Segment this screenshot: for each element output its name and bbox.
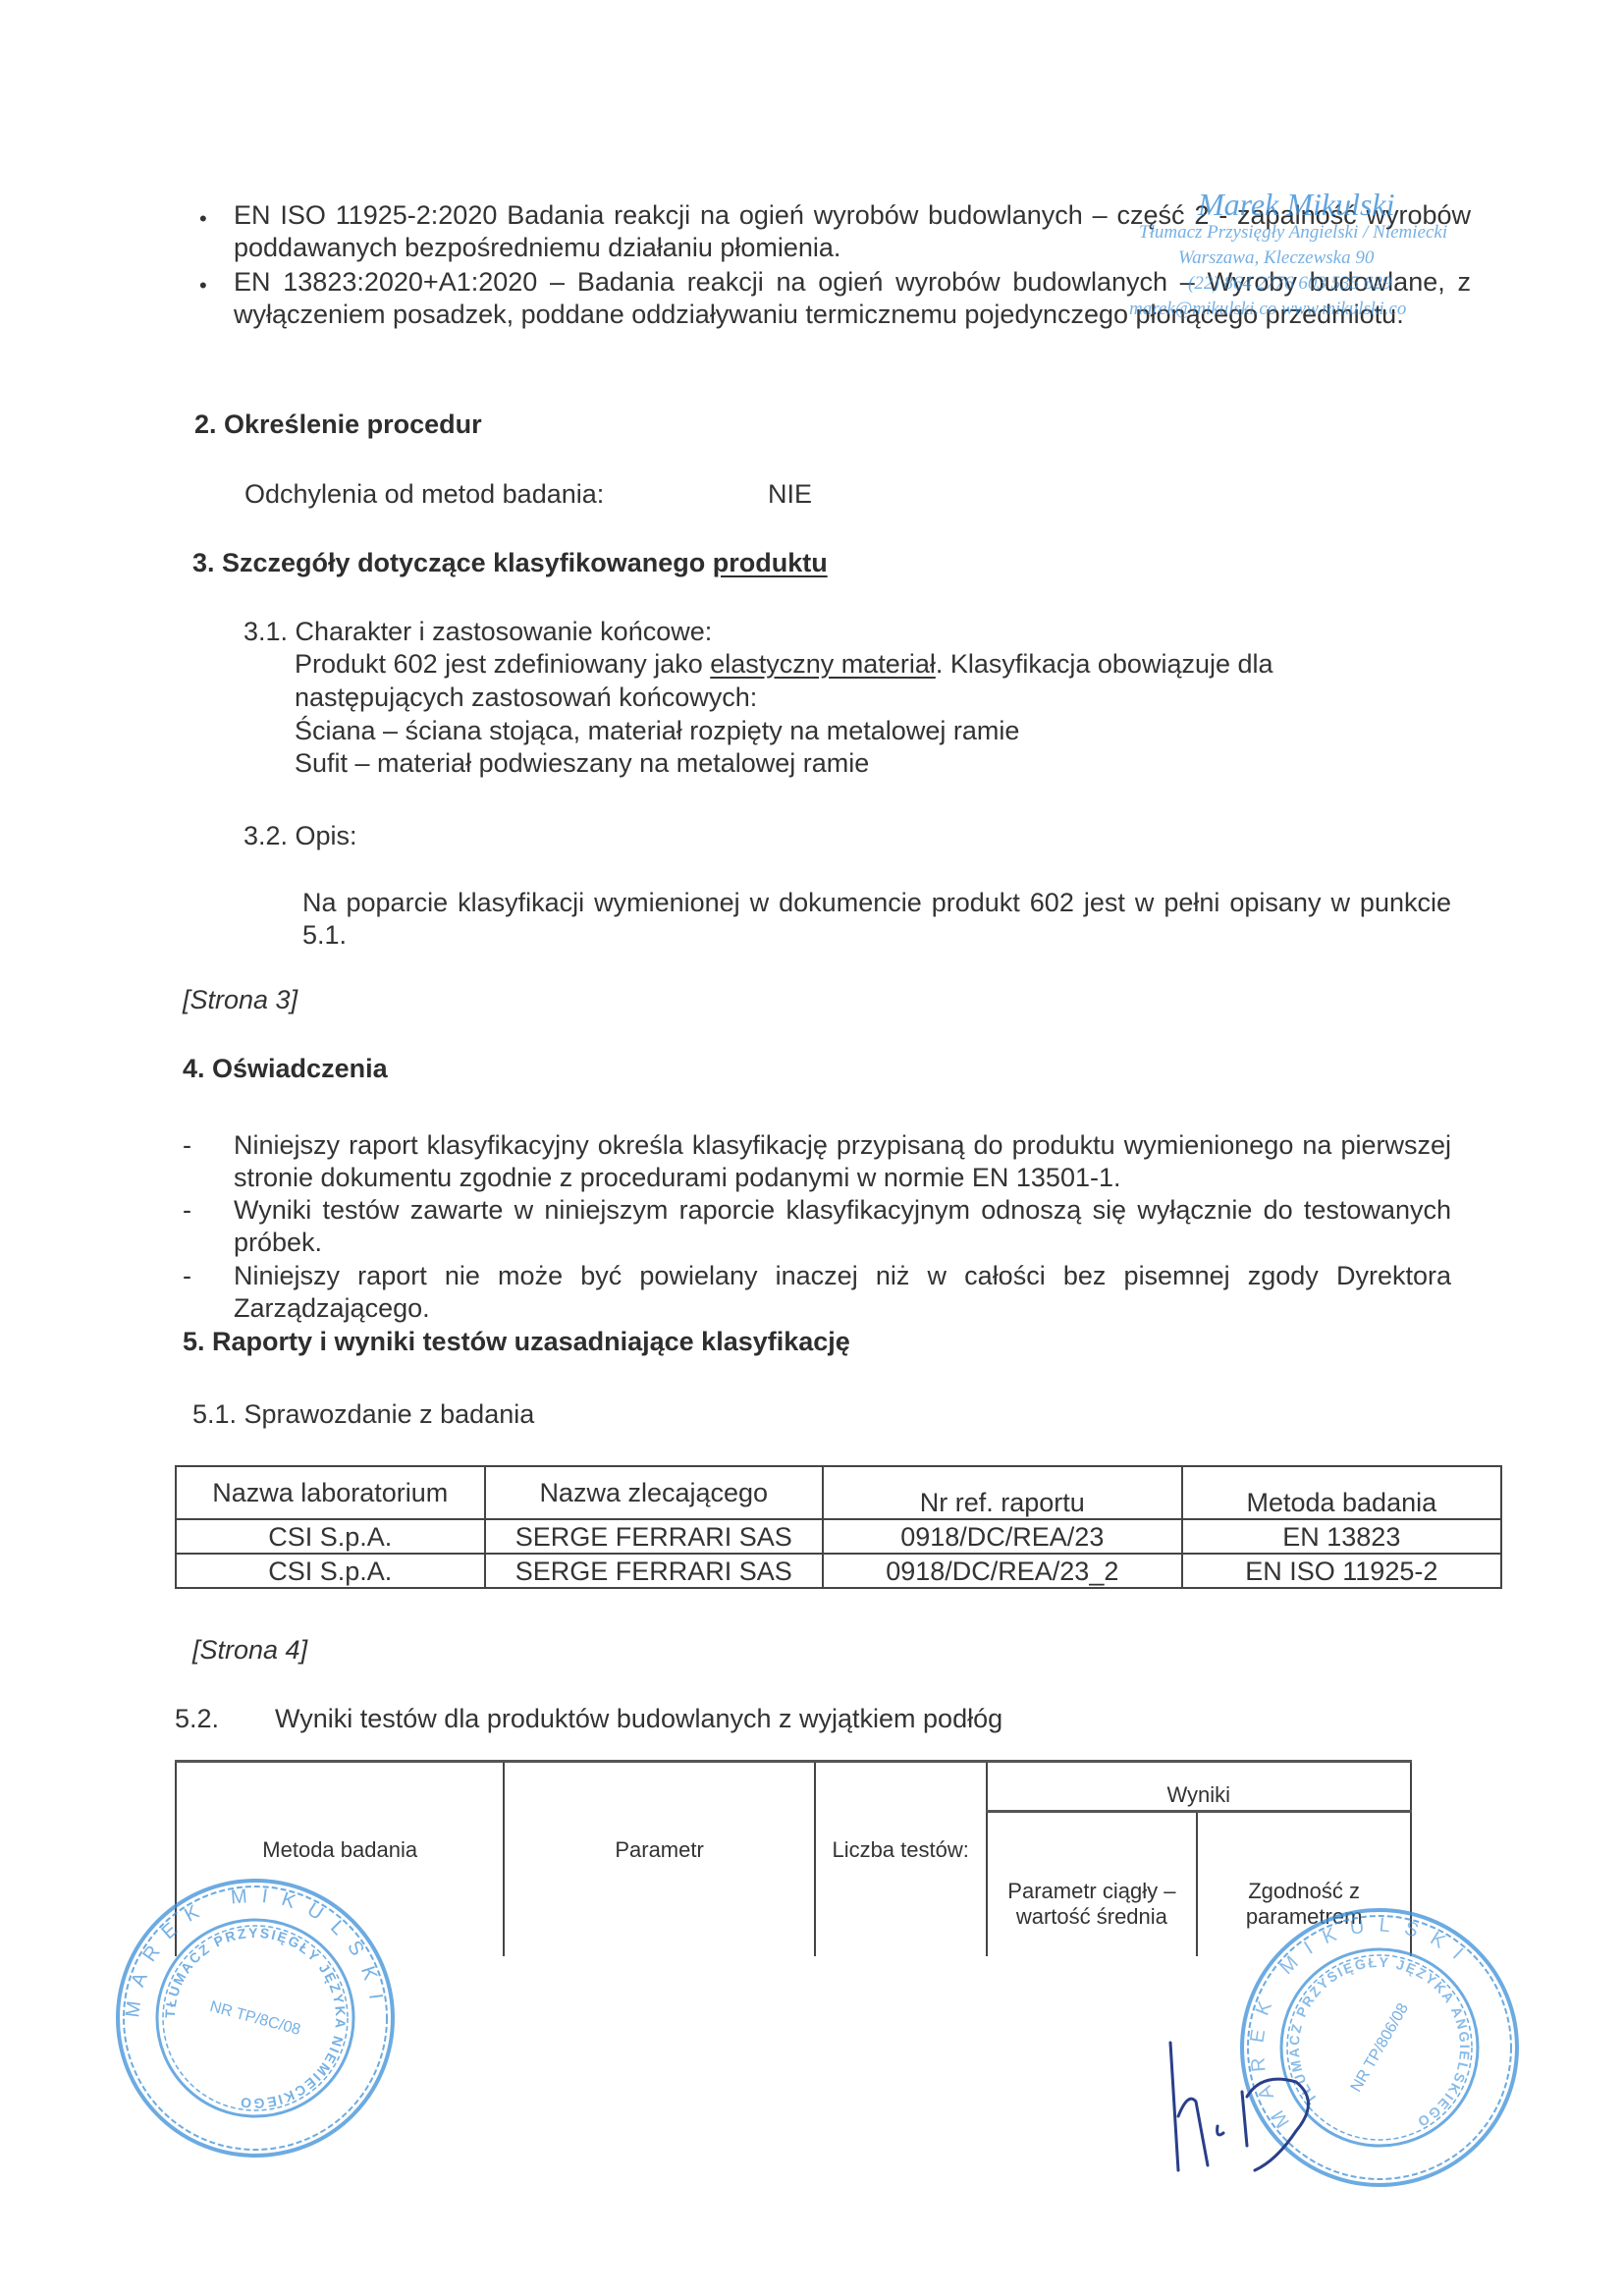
product-definition-text: Produkt 602 jest zdefiniowany jako: [295, 649, 710, 679]
section-4-heading: 4. Oświadczenia: [183, 1053, 388, 1085]
table-row: CSI S.p.A. SERGE FERRARI SAS 0918/DC/REA…: [176, 1554, 1501, 1588]
bullet-icon: •: [199, 202, 207, 235]
translator-seal-left: MAREK MIKULSKI TŁUMACZ PRZYSIĘGŁY JĘZYKA…: [108, 1871, 403, 2165]
translator-stamp-name: Marek Mikulski: [1198, 187, 1395, 223]
subsection-5-2-number: 5.2.: [175, 1703, 219, 1735]
seal-left-center-text: NR TP/8C/08: [208, 1998, 302, 2039]
subsection-3-1-line1: Produkt 602 jest zdefiniowany jako elast…: [295, 648, 1273, 681]
section-2-heading: 2. Określenie procedur: [194, 409, 482, 441]
section-3-heading-underlined: produktu: [713, 548, 828, 577]
dash-icon: -: [183, 1129, 191, 1162]
statement-item: Niniejszy raport nie może być powielany …: [234, 1260, 1451, 1325]
cell-report-ref: 0918/DC/REA/23_2: [823, 1554, 1182, 1588]
cell-method: EN 13823: [1182, 1519, 1501, 1554]
header-test-count: Liczba testów:: [815, 1762, 987, 1957]
cell-report-ref: 0918/DC/REA/23: [823, 1519, 1182, 1554]
end-use-wall: Ściana – ściana stojąca, materiał rozpię…: [295, 715, 1019, 747]
svg-text:MAREK MIKULSKI: MAREK MIKULSKI: [122, 1885, 388, 2018]
table-row: CSI S.p.A. SERGE FERRARI SAS 0918/DC/REA…: [176, 1519, 1501, 1554]
cell-sponsor: SERGE FERRARI SAS: [485, 1519, 823, 1554]
cell-lab: CSI S.p.A.: [176, 1519, 485, 1554]
statement-item: Niniejszy raport klasyfikacyjny określa …: [234, 1129, 1451, 1194]
section-5-heading: 5. Raporty i wyniki testów uzasadniające…: [183, 1326, 850, 1358]
section-3-heading: 3. Szczegóły dotyczące klasyfikowanego p…: [192, 547, 828, 579]
cell-sponsor: SERGE FERRARI SAS: [485, 1554, 823, 1588]
subsection-3-1-title: 3.1. Charakter i zastosowanie końcowe:: [244, 616, 712, 648]
header-continuous-mean: Parametr ciągły – wartość średnia: [987, 1812, 1198, 1957]
bullet-icon: •: [199, 269, 207, 301]
end-use-ceiling: Sufit – materiał podwieszany na metalowe…: [295, 747, 869, 780]
subsection-3-2-text: Na poparcie klasyfikacji wymienionej w d…: [302, 887, 1451, 952]
header-results-group: Wyniki: [987, 1762, 1411, 1812]
header-report-ref: Nr ref. raportu: [823, 1466, 1182, 1519]
header-test-method: Metoda badania: [1182, 1466, 1501, 1519]
section-3-heading-text: 3. Szczegóły dotyczące klasyfikowanego: [192, 548, 713, 577]
subsection-5-1-title: 5.1. Sprawozdanie z badania: [192, 1398, 534, 1431]
seal-left-outer-text: MAREK MIKULSKI: [122, 1885, 388, 2018]
subsection-3-2-title: 3.2. Opis:: [244, 820, 357, 852]
results-header-row: Metoda badania Parametr Liczba testów: W…: [176, 1762, 1411, 1812]
cell-lab: CSI S.p.A.: [176, 1554, 485, 1588]
dash-icon: -: [183, 1260, 191, 1292]
seal-right-center-text: NR TP/806/08: [1348, 2000, 1412, 2095]
translator-stamp-line4: marek@mikulski.co www.mikulski.co: [1129, 299, 1406, 320]
test-report-table: Nazwa laboratorium Nazwa zlecającego Nr …: [175, 1465, 1502, 1589]
page-marker-3: [Strona 3]: [183, 984, 298, 1016]
header-parameter: Parametr: [504, 1762, 814, 1957]
translator-stamp-line2: Warszawa, Kleczewska 90: [1178, 247, 1374, 269]
subsection-3-1-line2: następujących zastosowań końcowych:: [295, 682, 757, 714]
table-header-row: Nazwa laboratorium Nazwa zlecającego Nr …: [176, 1466, 1501, 1519]
statement-item: Wyniki testów zawarte w niniejszym rapor…: [234, 1194, 1451, 1259]
translator-stamp-line1: Tłumacz Przysięgły Angielski / Niemiecki: [1139, 222, 1447, 244]
header-sponsor-name: Nazwa zlecającego: [485, 1466, 823, 1519]
page-marker-4: [Strona 4]: [192, 1634, 307, 1667]
cell-method: EN ISO 11925-2: [1182, 1554, 1501, 1588]
dash-icon: -: [183, 1194, 191, 1227]
translator-stamp-line3: (22) 864 2776 603 535 629: [1188, 273, 1391, 295]
classification-text: . Klasyfikacja obowiązuje dla: [936, 649, 1273, 679]
deviation-value: NIE: [768, 478, 812, 511]
subsection-5-2-title: Wyniki testów dla produktów budowlanych …: [275, 1703, 1002, 1735]
signature: [1149, 2033, 1335, 2180]
header-lab-name: Nazwa laboratorium: [176, 1466, 485, 1519]
product-type-underlined: elastyczny materiał: [710, 649, 936, 679]
deviation-label: Odchylenia od metod badania:: [244, 478, 604, 511]
